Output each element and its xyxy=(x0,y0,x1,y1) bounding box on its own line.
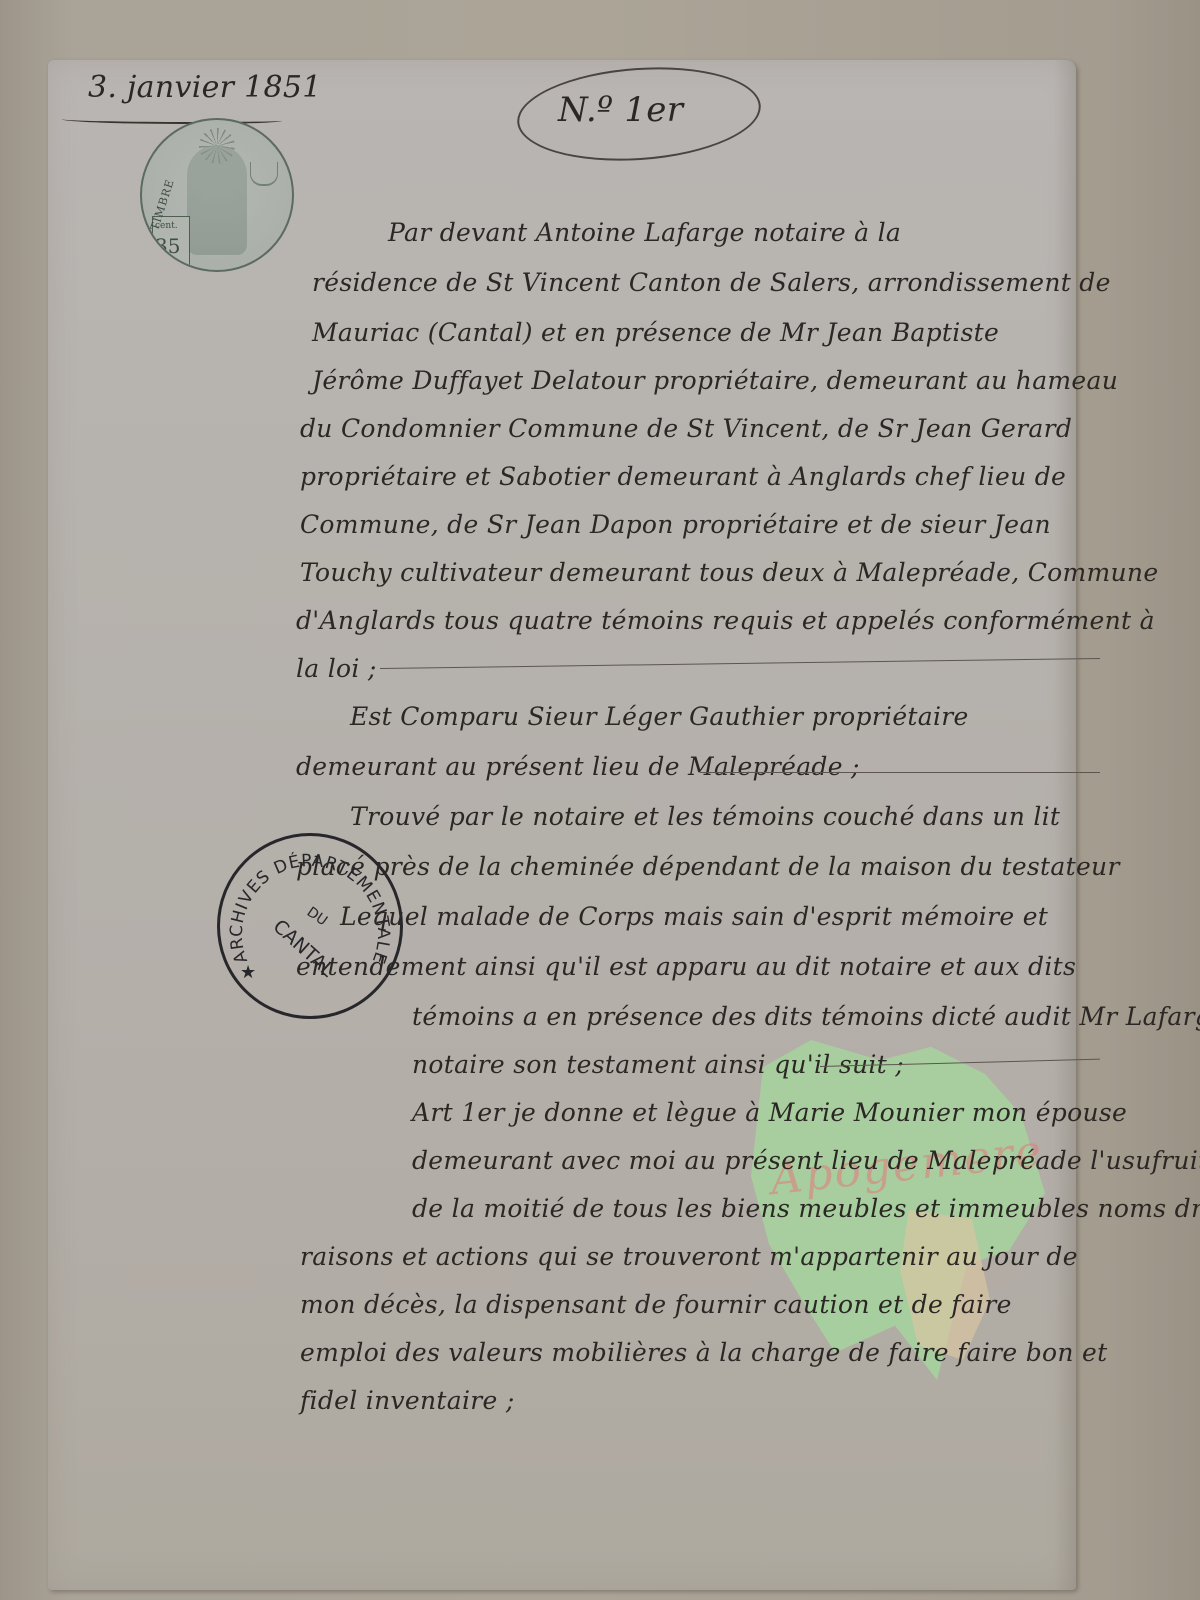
fill-line xyxy=(700,772,1100,773)
body-line: témoins a en présence des dits témoins d… xyxy=(412,1002,1200,1031)
body-line: raisons et actions qui se trouveront m'a… xyxy=(300,1242,1078,1271)
body-line: Lequel malade de Corps mais sain d'espri… xyxy=(340,902,1048,931)
body-line: Touchy cultivateur demeurant tous deux à… xyxy=(300,558,1158,587)
body-line: mon décès, la dispensant de fournir caut… xyxy=(300,1290,1012,1319)
body-line: demeurant avec moi au présent lieu de Ma… xyxy=(412,1146,1200,1175)
stamp-value: 35 xyxy=(155,234,180,258)
body-line: Art 1er je donne et lègue à Marie Mounie… xyxy=(412,1098,1127,1127)
body-line: Par devant Antoine Lafarge notaire à la xyxy=(388,218,901,247)
body-line: la loi ; xyxy=(296,654,377,683)
margin-date: 3. janvier 1851 xyxy=(88,70,322,105)
body-line: résidence de St Vincent Canton de Salers… xyxy=(312,268,1111,297)
body-line: emploi des valeurs mobilières à la charg… xyxy=(300,1338,1107,1367)
body-line: d'Anglards tous quatre témoins requis et… xyxy=(296,606,1155,635)
body-line: notaire son testament ainsi qu'il suit ; xyxy=(412,1050,904,1079)
scales-of-justice-icon xyxy=(250,162,278,186)
body-line: Jérôme Duffayet Delatour propriétaire, d… xyxy=(312,366,1118,395)
body-line: demeurant au présent lieu de Malepréade … xyxy=(296,752,860,781)
body-line: Est Comparu Sieur Léger Gauthier proprié… xyxy=(350,702,969,731)
svg-text:★: ★ xyxy=(240,962,256,983)
body-line: Trouvé par le notaire et les témoins cou… xyxy=(350,802,1060,831)
body-line: entendement ainsi qu'il est apparu au di… xyxy=(296,952,1076,981)
archive-stamp: ARCHIVES DÉPARTEMENTALES DU CANTAL ★ xyxy=(217,833,403,1019)
svg-text:DU: DU xyxy=(304,904,330,929)
body-line: placé près de la cheminée dépendant de l… xyxy=(296,852,1120,881)
header-number: N.º 1er xyxy=(558,90,683,130)
body-line: Commune, de Sr Jean Dapon propriétaire e… xyxy=(300,510,1051,539)
archive-stamp-ring-text: ARCHIVES DÉPARTEMENTALES DU CANTAL ★ xyxy=(220,836,400,1016)
body-line: fidel inventaire ; xyxy=(300,1386,515,1415)
body-line: propriétaire et Sabotier demeurant à Ang… xyxy=(300,462,1066,491)
body-line: Mauriac (Cantal) et en présence de Mr Je… xyxy=(312,318,999,347)
tax-stamp-seal: cent. 35 TIMBRE xyxy=(140,118,294,272)
svg-text:CANTAL: CANTAL xyxy=(269,915,339,981)
seated-figure-icon xyxy=(187,145,247,255)
body-line: de la moitié de tous les biens meubles e… xyxy=(412,1194,1200,1223)
body-line: du Condomnier Commune de St Vincent, de … xyxy=(300,414,1072,443)
